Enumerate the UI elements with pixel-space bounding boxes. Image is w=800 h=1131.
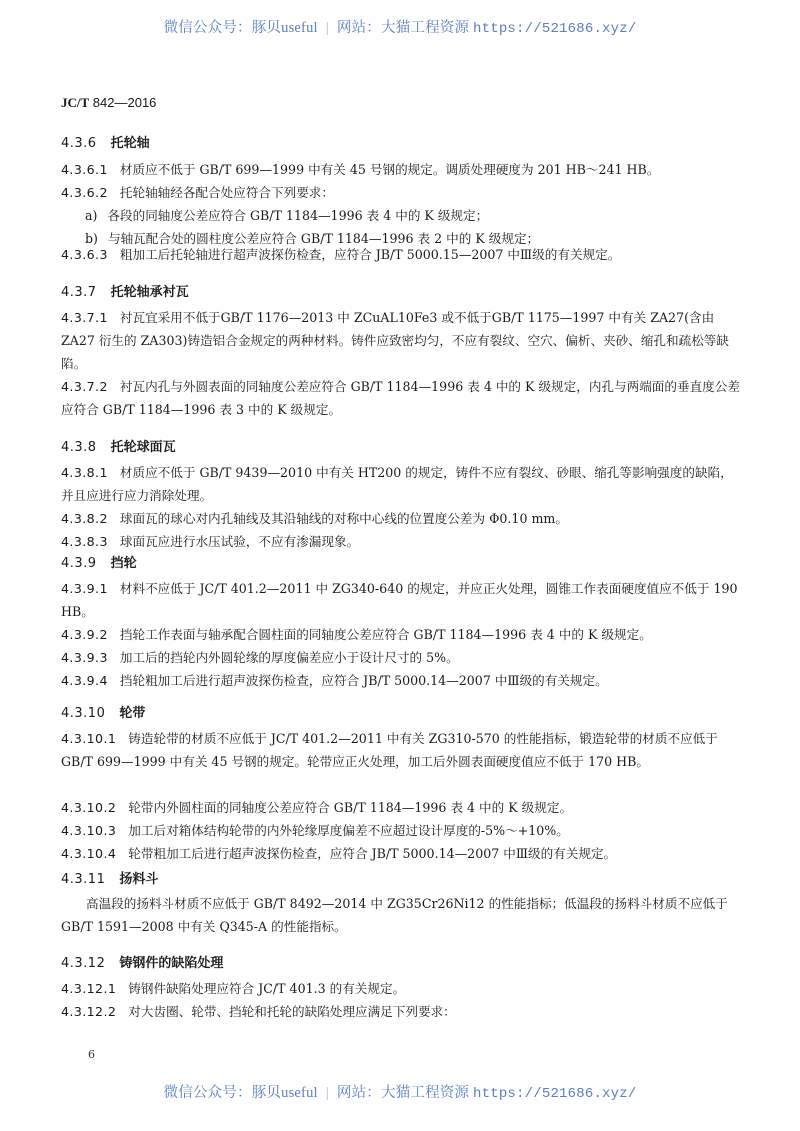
standard-number: 842—2016 — [93, 95, 157, 110]
clause: 4.3.6.3粗加工后托轮轴进行超声波探伤检查，应符合 JB/T 5000.15… — [61, 243, 741, 266]
clause: 4.3.10.3加工后对箱体结构轮带的内外轮缘厚度偏差不应超过设计厚度的-5%～… — [61, 819, 741, 842]
clause: 4.3.10.4轮带粗加工后进行超声波探伤检查，应符合 JB/T 5000.14… — [61, 842, 741, 865]
wechat-label: 微信公众号：豚贝useful — [164, 1085, 318, 1101]
clause: 4.3.10.2轮带内外圆柱面的同轴度公差应符合 GB/T 1184—1996 … — [61, 796, 741, 819]
clause: 4.3.9.1材料不应低于 JC/T 401.2—2011 中 ZG340-64… — [61, 577, 741, 623]
clause: 4.3.12.2对大齿圈、轮带、挡轮和托轮的缺陷处理应满足下列要求： — [61, 1000, 741, 1023]
clause: 4.3.7.1衬瓦宜采用不低于GB/T 1176—2013 中 ZCuAL10F… — [61, 306, 741, 375]
wechat-label: 微信公众号：豚贝useful — [164, 20, 318, 36]
clause: 4.3.9.2挡轮工作表面与轴承配合圆柱面的同轴度公差应符合 GB/T 1184… — [61, 623, 741, 646]
section-heading: 4.3.9挡轮 — [61, 552, 137, 571]
section-heading: 4.3.11扬料斗 — [61, 868, 158, 887]
clause: 4.3.9.3加工后的挡轮内外圆轮缘的厚度偏差应小于设计尺寸的 5%。 — [61, 646, 741, 669]
site-url[interactable]: https://521686.xyz/ — [473, 1086, 636, 1102]
section-heading: 4.3.7托轮轴承衬瓦 — [61, 281, 189, 300]
standard-prefix: JC/T — [61, 95, 89, 110]
separator: | — [326, 1085, 329, 1101]
clause: 4.3.8.1材质应不低于 GB/T 9439—2010 中有关 HT200 的… — [61, 461, 741, 507]
page-number: 6 — [88, 1048, 95, 1061]
site-label: 网站：大猫工程资源 — [337, 1085, 469, 1101]
watermark-bottom: 微信公众号：豚贝useful|网站：大猫工程资源 https://521686.… — [0, 1081, 800, 1102]
site-url[interactable]: https://521686.xyz/ — [473, 21, 636, 37]
clause: 4.3.6.2托轮轴轴经各配合处应符合下列要求： — [61, 181, 741, 204]
clause: 4.3.10.1铸造轮带的材质不应低于 JC/T 401.2—2011 中有关 … — [61, 727, 741, 773]
clause: 4.3.12.1铸钢件缺陷处理应符合 JC/T 401.3 的有关规定。 — [61, 977, 741, 1000]
paragraph: 高温段的扬料斗材质不应低于 GB/T 8492—2014 中 ZG35Cr26N… — [61, 892, 741, 938]
section-heading: 4.3.6托轮轴 — [61, 132, 150, 151]
clause: 4.3.9.4挡轮粗加工后进行超声波探伤检查，应符合 JB/T 5000.14—… — [61, 669, 741, 692]
clause: 4.3.6.1材质应不低于 GB/T 699—1999 中有关 45 号钢的规定… — [61, 158, 741, 181]
site-label: 网站：大猫工程资源 — [337, 20, 469, 36]
clause: 4.3.8.3球面瓦应进行水压试验，不应有渗漏现象。 — [61, 530, 741, 553]
watermark-top: 微信公众号：豚贝useful|网站：大猫工程资源 https://521686.… — [0, 16, 800, 37]
section-heading: 4.3.12铸钢件的缺陷处理 — [61, 952, 223, 971]
section-heading: 4.3.8托轮球面瓦 — [61, 436, 176, 455]
list-item: a)各段的同轴度公差应符合 GB/T 1184—1996 表 4 中的 K 级规… — [85, 204, 488, 227]
section-heading: 4.3.10轮带 — [61, 702, 145, 721]
standard-code: JC/T 842—2016 — [61, 95, 156, 111]
separator: | — [326, 20, 329, 36]
clause: 4.3.7.2衬瓦内孔与外圆表面的同轴度公差应符合 GB/T 1184—1996… — [61, 375, 741, 421]
clause: 4.3.8.2球面瓦的球心对内孔轴线及其沿轴线的对称中心线的位置度公差为 Φ0.… — [61, 507, 741, 530]
